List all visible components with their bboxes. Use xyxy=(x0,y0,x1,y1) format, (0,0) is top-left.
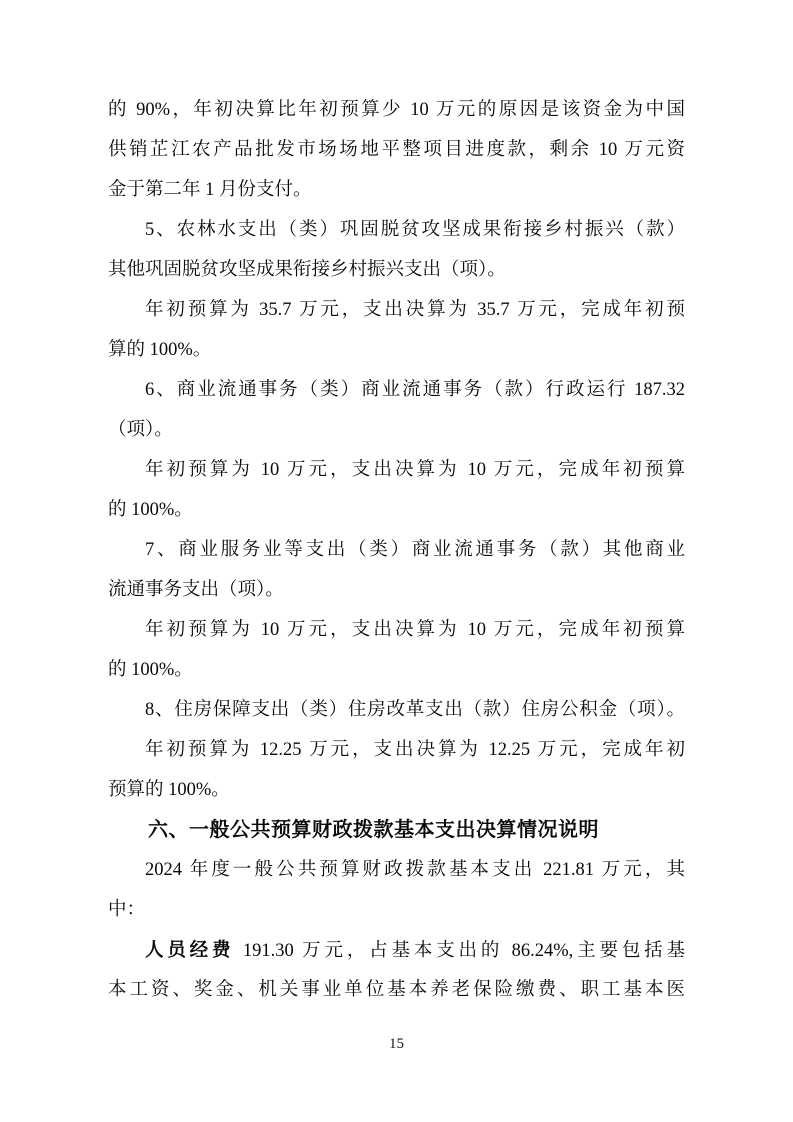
text-segment: 的 90%，年初决算比年初预算少 10 万元的原因是该资金为中国 xyxy=(108,100,685,120)
text-segment: 的 100%。 xyxy=(108,500,193,520)
text-line: 中： xyxy=(108,890,685,930)
text-segment: 中： xyxy=(108,900,145,920)
text-line: 预算的 100%。 xyxy=(108,770,685,810)
text-line: 年初预算为 10 万元，支出决算为 10 万元，完成年初预算 xyxy=(108,610,685,650)
text-segment: 供销芷江农产品批发市场场地平整项目进度款，剩余 10 万元资 xyxy=(108,140,685,160)
text-segment: 7、商业服务业等支出（类）商业流通事务（款）其他商业 xyxy=(145,540,685,560)
text-segment: 6、商业流通事务（类）商业流通事务（款）行政运行 187.32 xyxy=(145,380,685,400)
text-line: 6、商业流通事务（类）商业流通事务（款）行政运行 187.32 xyxy=(108,370,685,410)
text-line: 2024 年度一般公共预算财政拨款基本支出 221.81 万元，其 xyxy=(108,850,685,890)
text-line: 供销芷江农产品批发市场场地平整项目进度款，剩余 10 万元资 xyxy=(108,130,685,170)
text-line: 本工资、奖金、机关事业单位基本养老保险缴费、职工基本医 xyxy=(108,970,685,1010)
text-segment: （项）。 xyxy=(108,420,173,440)
document-page: 的 90%，年初决算比年初预算少 10 万元的原因是该资金为中国供销芷江农产品批… xyxy=(0,0,793,1122)
text-segment: 191.30 万元，占基本支出的 86.24%,主要包括基 xyxy=(234,941,685,961)
text-line: 5、农林水支出（类）巩固脱贫攻坚成果衔接乡村振兴（款） xyxy=(108,210,685,250)
text-segment: 本工资、奖金、机关事业单位基本养老保险缴费、职工基本医 xyxy=(108,980,685,1000)
page-number: 15 xyxy=(0,1036,793,1053)
bold-text-segment: 人员经费 xyxy=(145,939,234,960)
section-heading: 六、一般公共预算财政拨款基本支出决算情况说明 xyxy=(108,810,685,850)
text-line: 算的 100%。 xyxy=(108,330,685,370)
text-segment: 年初预算为 12.25 万元，支出决算为 12.25 万元，完成年初 xyxy=(145,740,685,760)
text-line: 流通事务支出（项）。 xyxy=(108,570,685,610)
text-line: （项）。 xyxy=(108,410,685,450)
text-segment: 的 100%。 xyxy=(108,660,193,680)
text-line: 年初预算为 12.25 万元，支出决算为 12.25 万元，完成年初 xyxy=(108,730,685,770)
text-line: 年初预算为 10 万元，支出决算为 10 万元，完成年初预算 xyxy=(108,450,685,490)
text-line: 金于第二年 1 月份支付。 xyxy=(108,170,685,210)
text-segment: 年初预算为 10 万元，支出决算为 10 万元，完成年初预算 xyxy=(145,460,685,480)
text-segment: 其他巩固脱贫攻坚成果衔接乡村振兴支出（项）。 xyxy=(108,260,506,280)
bold-text-segment: 六、一般公共预算财政拨款基本支出决算情况说明 xyxy=(148,819,599,841)
text-segment: 算的 100%。 xyxy=(108,340,211,360)
text-line: 的 100%。 xyxy=(108,490,685,530)
text-segment: 5、农林水支出（类）巩固脱贫攻坚成果衔接乡村振兴（款） xyxy=(145,220,685,240)
text-segment: 流通事务支出（项）。 xyxy=(108,580,284,600)
text-line: 人员经费 191.30 万元，占基本支出的 86.24%,主要包括基 xyxy=(108,930,685,970)
text-segment: 8、住房保障支出（类）住房改革支出（款）住房公积金（项）。 xyxy=(145,700,685,720)
text-segment: 金于第二年 1 月份支付。 xyxy=(108,180,312,200)
page-content: 的 90%，年初决算比年初预算少 10 万元的原因是该资金为中国供销芷江农产品批… xyxy=(108,90,685,1010)
text-line: 8、住房保障支出（类）住房改革支出（款）住房公积金（项）。 xyxy=(108,690,685,730)
text-line: 7、商业服务业等支出（类）商业流通事务（款）其他商业 xyxy=(108,530,685,570)
text-segment: 年初预算为 35.7 万元，支出决算为 35.7 万元，完成年初预 xyxy=(145,300,685,320)
text-line: 年初预算为 35.7 万元，支出决算为 35.7 万元，完成年初预 xyxy=(108,290,685,330)
text-segment: 预算的 100%。 xyxy=(108,780,230,800)
text-segment: 2024 年度一般公共预算财政拨款基本支出 221.81 万元，其 xyxy=(145,860,685,880)
text-line: 的 100%。 xyxy=(108,650,685,690)
text-line: 其他巩固脱贫攻坚成果衔接乡村振兴支出（项）。 xyxy=(108,250,685,290)
text-segment: 年初预算为 10 万元，支出决算为 10 万元，完成年初预算 xyxy=(145,620,685,640)
text-line: 的 90%，年初决算比年初预算少 10 万元的原因是该资金为中国 xyxy=(108,90,685,130)
